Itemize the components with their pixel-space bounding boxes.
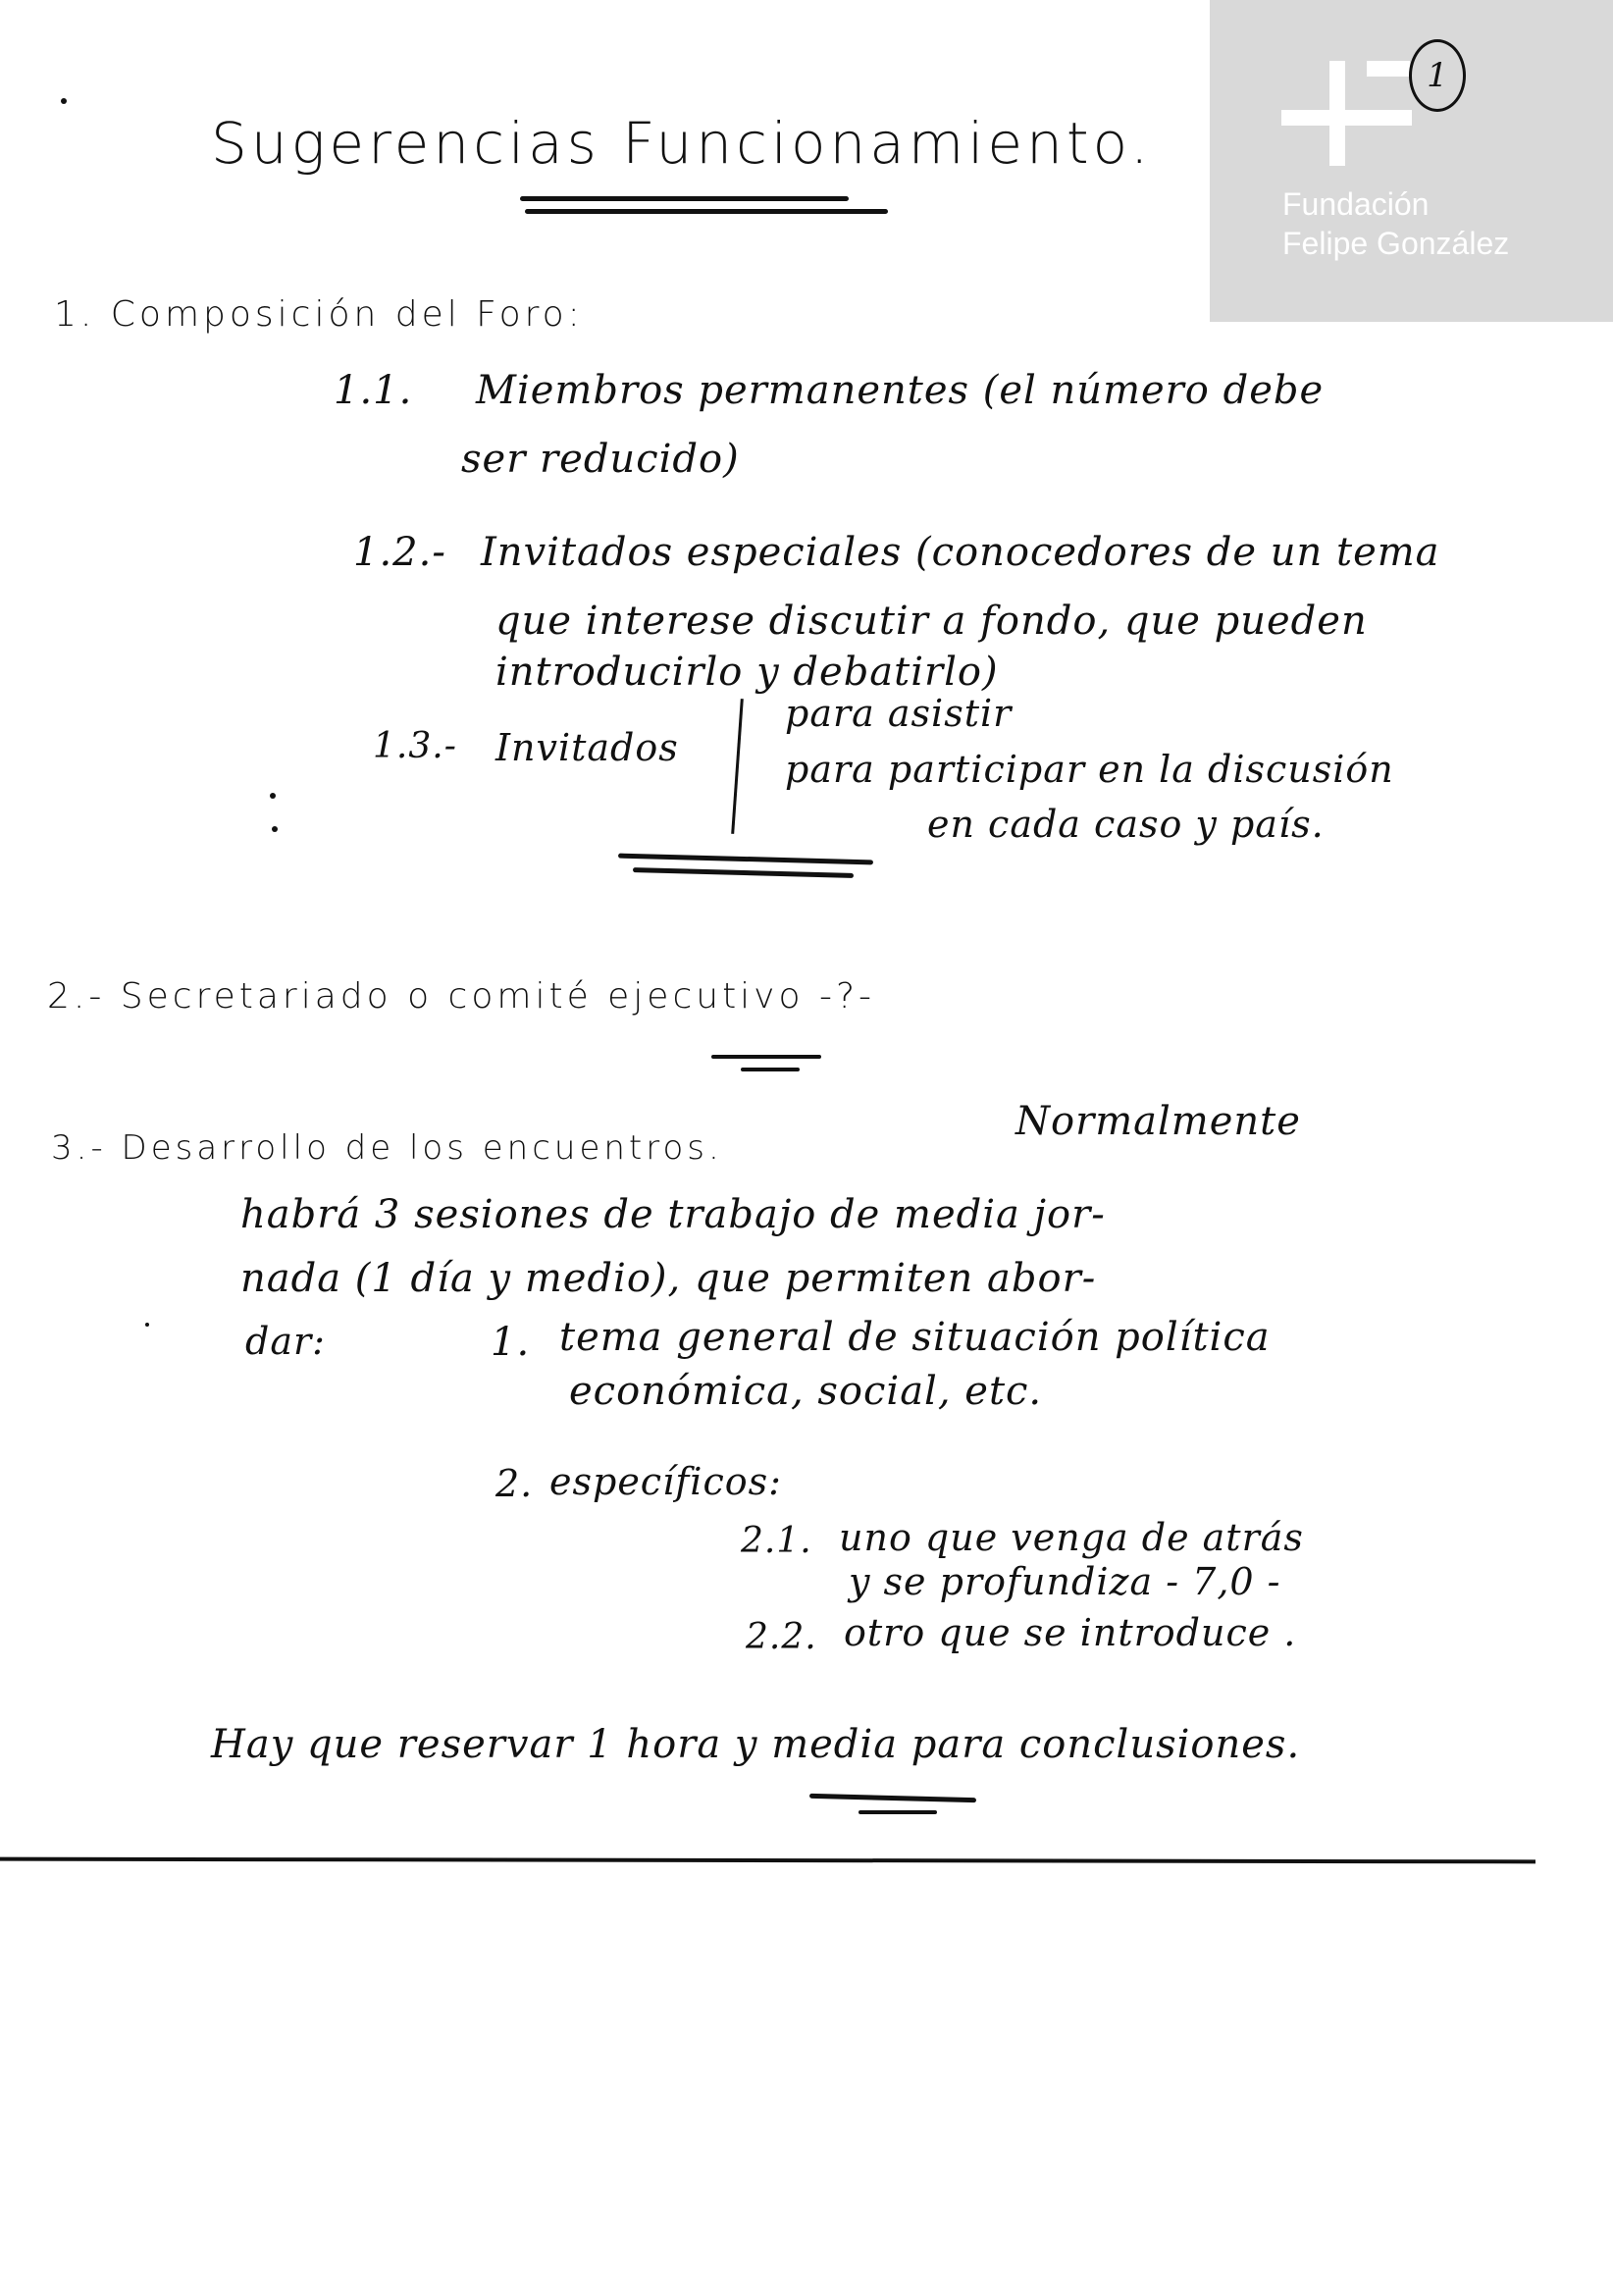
- page-title-text: Sugerencias Funcionamiento: [211, 110, 1130, 177]
- section1-end-underline-2: [633, 867, 854, 878]
- subtopic-2-2-line1: otro que se introduce .: [844, 1611, 1296, 1654]
- foundation-logo: Fundación Felipe González: [1210, 0, 1613, 322]
- title-underline-2: [525, 209, 888, 214]
- section2-underline-2: [741, 1068, 800, 1071]
- item-1-2-num: 1.2.-: [353, 530, 446, 575]
- item-1-2-line1: Invitados especiales (conocedores de un …: [481, 530, 1440, 575]
- item-1-1-line1: Miembros permanentes (el número debe: [476, 368, 1324, 413]
- item-1-3-option-1: para asistir: [785, 692, 1012, 735]
- page-title-suffix: .: [1130, 110, 1152, 177]
- section1-heading: 1. Composición del Foro:: [54, 294, 584, 335]
- item-1-3-label: Invitados: [495, 726, 679, 769]
- margin-mark: [61, 98, 67, 104]
- item-1-3-option-3: en cada caso y país.: [927, 803, 1325, 846]
- logo-line1: Fundación: [1282, 184, 1509, 224]
- section1-end-underline-1: [618, 854, 873, 865]
- item-1-1-num: 1.1.: [334, 368, 412, 413]
- margin-mark: [272, 826, 278, 832]
- closing-note: Hay que reservar 1 hora y media para con…: [211, 1722, 1300, 1767]
- subtopic-2-1-line1: uno que venga de atrás: [839, 1516, 1304, 1559]
- topic-1-line2: económica, social, etc.: [569, 1369, 1042, 1414]
- topic-2-line1: específicos:: [549, 1460, 782, 1503]
- topic-1-num: 1.: [491, 1320, 530, 1365]
- options-bracket: [731, 699, 744, 834]
- section3-heading: 3.- Desarrollo de los encuentros.: [51, 1128, 723, 1168]
- subtopic-2-1-line2: y se profundiza - 7,0 -: [849, 1560, 1281, 1603]
- title-underline-1: [520, 196, 849, 201]
- section3-line-4: dar:: [245, 1320, 326, 1363]
- logo-mark-top: [1367, 61, 1410, 77]
- section3-line-2: habrá 3 sesiones de trabajo de media jor…: [240, 1192, 1106, 1237]
- topic-1-line1: tema general de situación política: [559, 1315, 1271, 1360]
- section2-underline-1: [711, 1055, 821, 1059]
- section3-line-1: Normalmente: [1015, 1099, 1301, 1144]
- page-title: Sugerencias Funcionamiento.: [211, 110, 1152, 177]
- margin-mark: [145, 1323, 149, 1327]
- item-1-2-line3: introducirlo y debatirlo): [495, 650, 999, 695]
- logo-text: Fundación Felipe González: [1282, 184, 1509, 263]
- section2-heading: 2.- Secretariado o comité ejecutivo -?-: [47, 976, 875, 1017]
- item-1-3-option-2: para participar en la discusión: [785, 748, 1394, 791]
- item-1-2-line2: que interese discutir a fondo, que puede…: [495, 599, 1368, 644]
- margin-mark: [270, 793, 276, 799]
- page-number-circled: 1: [1409, 39, 1466, 112]
- item-1-3-num: 1.3.-: [373, 726, 457, 766]
- topic-2-num: 2.: [495, 1462, 533, 1505]
- logo-mark-horizontal: [1281, 110, 1412, 126]
- logo-line2: Felipe González: [1282, 224, 1509, 263]
- subtopic-2-2-num: 2.2.: [746, 1617, 817, 1657]
- subtopic-2-1-num: 2.1.: [741, 1521, 812, 1561]
- item-1-1-line2: ser reducido): [461, 437, 740, 482]
- closing-underline-1: [809, 1794, 976, 1802]
- closing-underline-2: [859, 1810, 937, 1814]
- section3-line-3: nada (1 día y medio), que permiten abor-: [240, 1256, 1096, 1301]
- page-bottom-rule: [0, 1857, 1535, 1864]
